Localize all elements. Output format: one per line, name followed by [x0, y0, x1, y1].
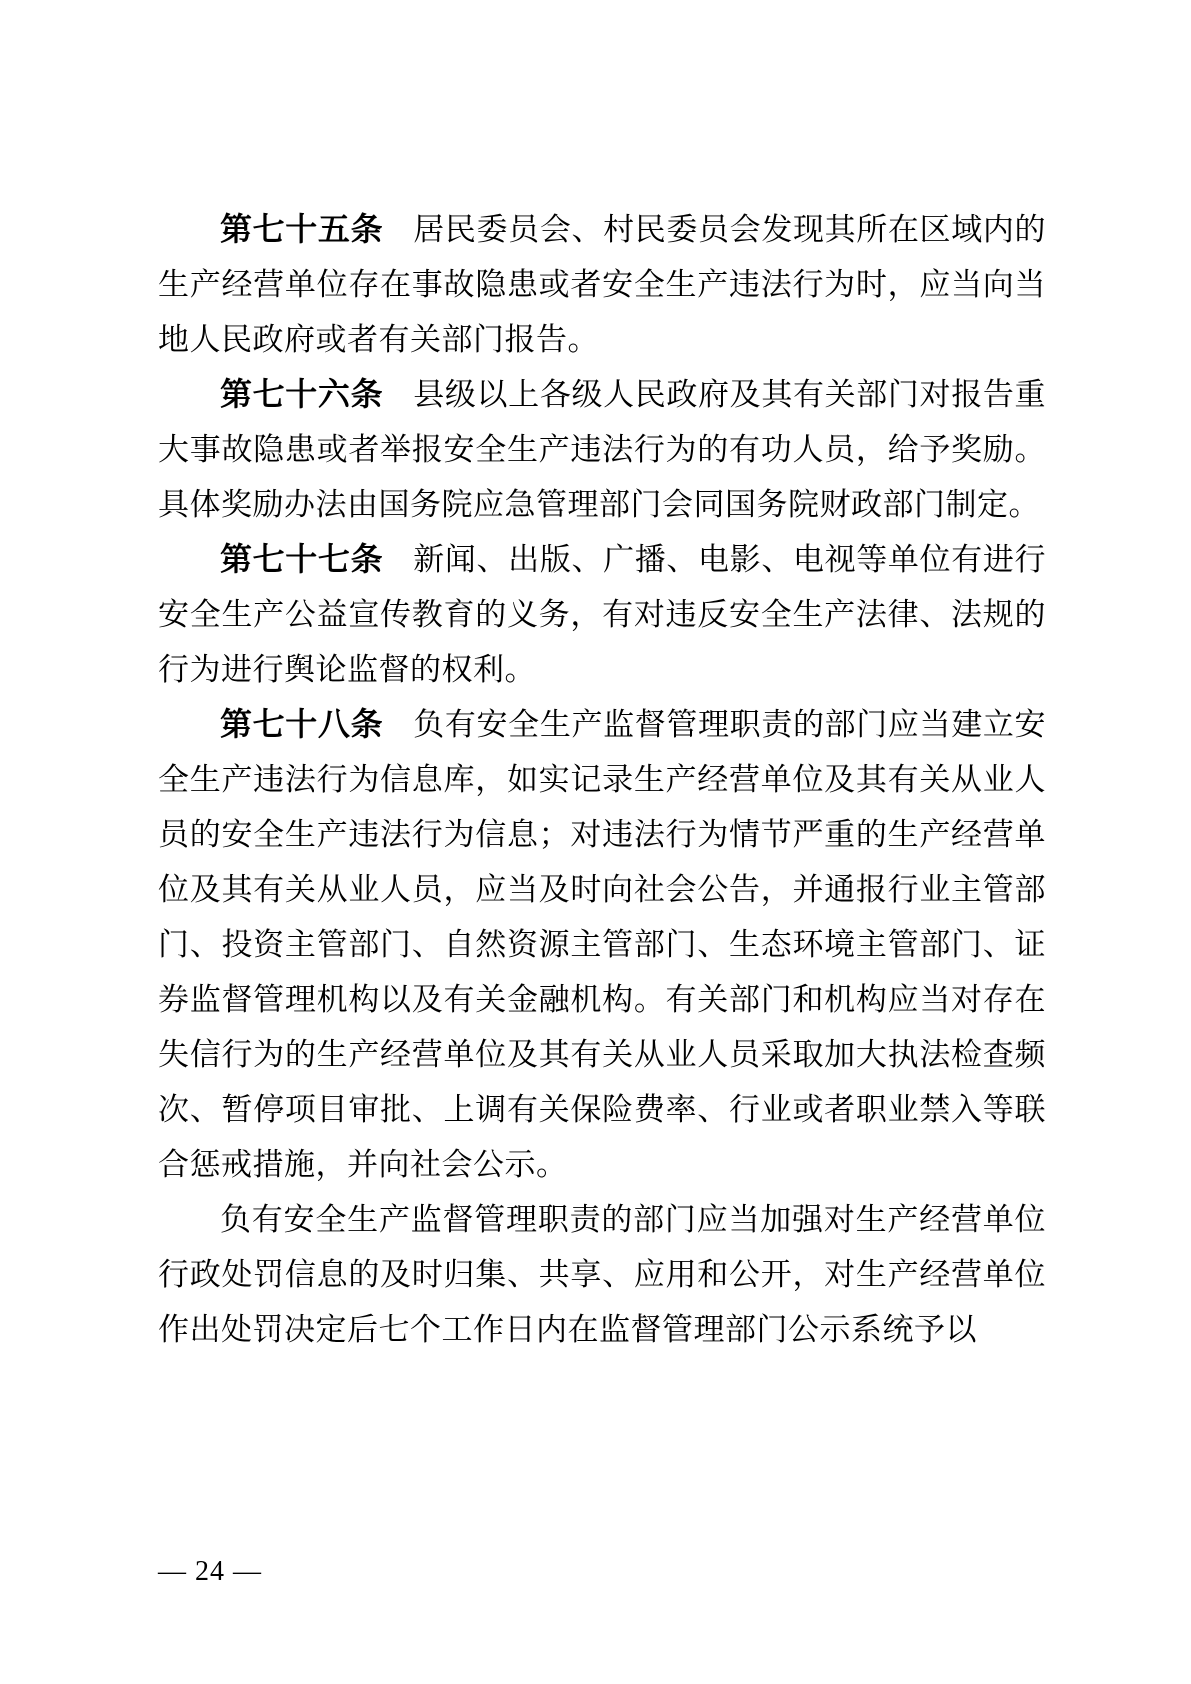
article-78-text: 负有安全生产监督管理职责的部门应当建立安全生产违法行为信息库，如实记录生产经营单… — [158, 707, 1046, 1182]
page-number: — 24 — — [158, 1556, 262, 1587]
article-76-paragraph: 第七十六条县级以上各级人民政府及其有关部门对报告重大事故隐患或者举报安全生产违法… — [158, 367, 1046, 532]
article-77-number: 第七十七条 — [220, 541, 383, 577]
page-footer: — 24 — — [158, 1556, 262, 1588]
document-body: 第七十五条居民委员会、村民委员会发现其所在区域内的生产经营单位存在事故隐患或者安… — [158, 202, 1046, 1357]
article-76-number: 第七十六条 — [220, 376, 383, 412]
article-75-paragraph: 第七十五条居民委员会、村民委员会发现其所在区域内的生产经营单位存在事故隐患或者安… — [158, 202, 1046, 367]
article-78-paragraph-1: 第七十八条负有安全生产监督管理职责的部门应当建立安全生产违法行为信息库，如实记录… — [158, 697, 1046, 1192]
document-page: 第七十五条居民委员会、村民委员会发现其所在区域内的生产经营单位存在事故隐患或者安… — [0, 0, 1191, 1684]
article-75-number: 第七十五条 — [220, 211, 383, 247]
article-78-paragraph-2-text: 负有安全生产监督管理职责的部门应当加强对生产经营单位行政处罚信息的及时归集、共享… — [158, 1202, 1046, 1347]
article-78-number: 第七十八条 — [220, 706, 383, 742]
article-78-paragraph-2: 负有安全生产监督管理职责的部门应当加强对生产经营单位行政处罚信息的及时归集、共享… — [158, 1192, 1046, 1357]
article-77-paragraph: 第七十七条新闻、出版、广播、电影、电视等单位有进行安全生产公益宣传教育的义务，有… — [158, 532, 1046, 697]
